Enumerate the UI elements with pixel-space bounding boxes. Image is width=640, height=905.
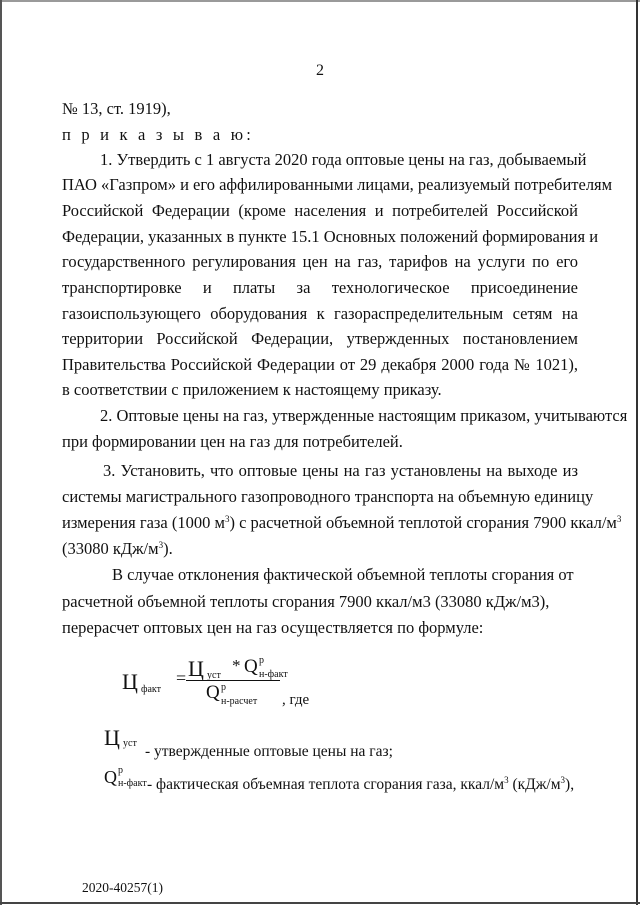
definition-text: - фактическая объемная теплота сгорания … — [147, 776, 574, 794]
page-edge-left — [0, 0, 2, 905]
text-line: № 13, ст. 1919), — [62, 99, 578, 119]
text-line: 3. Установить, что оптовые цены на газ у… — [103, 461, 578, 481]
text-segment: измерения газа (1000 м — [62, 513, 225, 532]
definition-sub: н-факт — [118, 778, 147, 789]
page-edge-top — [0, 0, 640, 2]
text-line: В случае отклонения фактической объемной… — [112, 565, 628, 585]
formula-times: * — [232, 656, 241, 676]
text-line: 1. Утвердить с 1 августа 2020 года оптов… — [100, 150, 578, 170]
document-page: 2 № 13, ст. 1919), п р и к а з ы в а ю: … — [0, 0, 640, 905]
definition-sub: уст — [123, 738, 137, 749]
formula-lhs-symbol: Ц — [122, 669, 138, 695]
text-line: системы магистрального газопроводного тр… — [62, 487, 578, 507]
formula-where: , где — [282, 692, 309, 709]
definition-symbol: Ц — [104, 725, 120, 751]
text-segment: ), — [565, 776, 574, 793]
superscript: 3 — [617, 514, 622, 524]
document-code: 2020-40257(1) — [82, 880, 163, 896]
formula-den-q-sup: р — [221, 682, 226, 693]
text-segment: ) с расчетной объемной теплотой сгорания… — [229, 513, 616, 532]
order-word: п р и к а з ы в а ю: — [62, 125, 578, 145]
formula-num-q-sup: р — [259, 655, 264, 666]
page-number: 2 — [0, 62, 640, 80]
formula-num-q: Q — [244, 656, 258, 678]
text-line: ПАО «Газпром» и его аффилированными лица… — [62, 175, 578, 195]
formula-den-q: Q — [206, 682, 220, 704]
fraction-bar — [186, 680, 280, 681]
text-line: 2. Оптовые цены на газ, утвержденные нас… — [100, 406, 578, 426]
page-edge-bottom — [0, 902, 640, 904]
text-line: при формировании цен на газ для потребит… — [62, 432, 578, 452]
text-line: государственного регулирования цен на га… — [62, 252, 578, 272]
formula-den-q-sub: н-расчет — [221, 696, 257, 707]
text-segment: (кДж/м — [509, 776, 561, 793]
text-line: (33080 кДж/м3). — [62, 539, 578, 559]
text-segment: - фактическая объемная теплота сгорания … — [147, 776, 504, 793]
definition-sup: р — [118, 765, 123, 776]
text-line: территории Российской Федерации, утвержд… — [62, 329, 578, 349]
text-line: Федерации, указанных в пункте 15.1 Основ… — [62, 227, 578, 247]
formula-num-q-sub: н-факт — [259, 669, 288, 680]
text-line: в соответствии с приложением к настоящем… — [62, 380, 578, 400]
text-line: транспортировке и платы за технологическ… — [62, 278, 578, 298]
text-line: измерения газа (1000 м3) с расчетной объ… — [62, 513, 578, 533]
formula-lhs-sub: факт — [141, 684, 161, 695]
text-line: газоиспользующего оборудования к газорас… — [62, 304, 578, 324]
text-segment: ). — [163, 539, 173, 558]
text-line: перерасчет оптовых цен на газ осуществля… — [62, 618, 578, 638]
formula-equals: = — [176, 668, 186, 689]
definition-text: - утвержденные оптовые цены на газ; — [145, 743, 393, 761]
text-segment: (33080 кДж/м — [62, 539, 159, 558]
text-line: расчетной объемной теплоты сгорания 7900… — [62, 592, 578, 612]
formula-num-symbol: Ц — [188, 656, 204, 682]
text-line: Правительства Российской Федерации от 29… — [62, 355, 578, 375]
page-edge-right — [636, 0, 638, 905]
definition-symbol: Q — [104, 767, 117, 788]
text-line: Российской Федерации (кроме населения и … — [62, 201, 578, 221]
